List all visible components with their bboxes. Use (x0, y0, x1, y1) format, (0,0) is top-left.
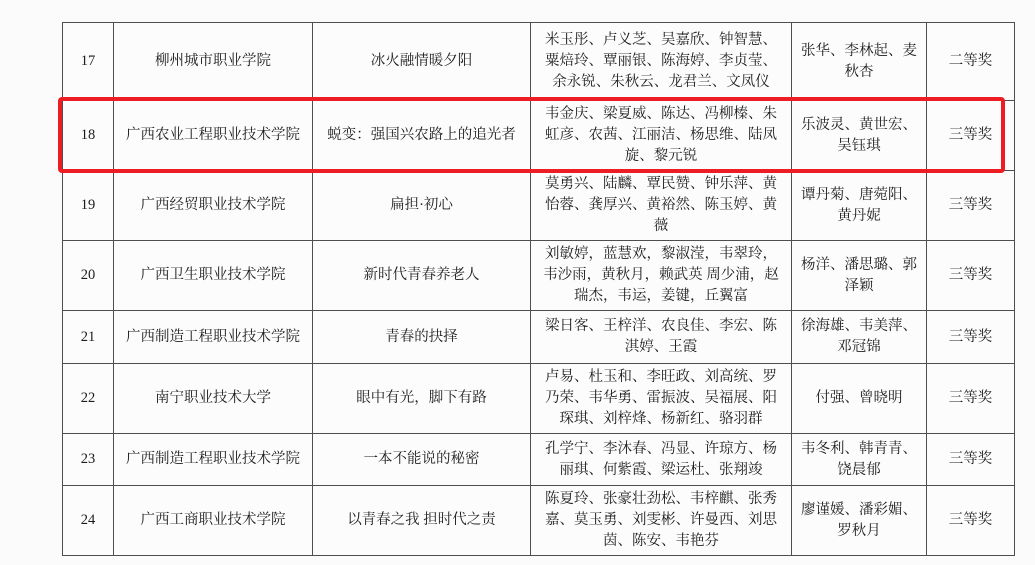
advisors-cell: 谭丹菊、唐菀阳、黄丹妮 (791, 171, 926, 240)
row-number-cell: 21 (63, 311, 113, 363)
award-cell: 三等奖 (926, 171, 1014, 240)
table-row: 20 广西卫生职业技术学院 新时代青春养老人 刘敏婷，蓝慧欢，黎淑滢，韦翠玲，韦… (63, 240, 1014, 310)
participants-cell: 韦金庆、梁夏威、陈达、冯柳榛、朱虹彦、农茜、江丽洁、杨思维、陆凤旋、黎元锐 (530, 101, 791, 170)
participants-cell: 莫勇兴、陆麟、覃民赞、钟乐萍、黄怡蓉、龚厚兴、黄裕然、陈玉婷、黄薇 (530, 171, 791, 240)
row-number-cell: 23 (63, 434, 113, 485)
school-cell: 柳州城市职业学院 (113, 23, 312, 100)
school-cell: 广西经贸职业技术学院 (113, 171, 312, 240)
advisors-cell: 韦冬利、韩青青、饶晨郁 (791, 434, 926, 485)
table-row: 23 广西制造工程职业技术学院 一本不能说的秘密 孔学宁、李沐春、冯显、许琼方、… (63, 433, 1014, 485)
award-cell: 三等奖 (926, 486, 1014, 555)
table-row: 24 广西工商职业技术学院 以青春之我 担时代之责 陈夏玲、张豪壮劲松、韦梓麒、… (63, 485, 1014, 555)
work-title-cell: 一本不能说的秘密 (312, 434, 530, 485)
advisors-cell: 付强、曾晓明 (791, 364, 926, 433)
work-title-cell: 冰火融情暖夕阳 (312, 23, 530, 100)
school-cell: 南宁职业技术大学 (113, 364, 312, 433)
row-number-cell: 19 (63, 171, 113, 240)
award-cell: 二等奖 (926, 23, 1014, 100)
work-title-cell: 青春的抉择 (312, 311, 530, 363)
work-title-cell: 以青春之我 担时代之责 (312, 486, 530, 555)
row-number-cell: 20 (63, 241, 113, 310)
school-cell: 广西工商职业技术学院 (113, 486, 312, 555)
participants-cell: 卢易、杜玉和、李旺政、刘高统、罗乃荣、韦华勇、雷振波、吴福展、阳琛琪、刘梓烽、杨… (530, 364, 791, 433)
table-row: 17 柳州城市职业学院 冰火融情暖夕阳 米玉彤、卢义芝、吴嘉欣、钟智慧、粟焙玲、… (63, 23, 1014, 100)
participants-cell: 刘敏婷，蓝慧欢，黎淑滢，韦翠玲，韦沙雨，黄秋月，赖武英 周少浦，赵瑞杰，韦运，姜… (530, 241, 791, 310)
school-cell: 广西制造工程职业技术学院 (113, 311, 312, 363)
award-table: 17 柳州城市职业学院 冰火融情暖夕阳 米玉彤、卢义芝、吴嘉欣、钟智慧、粟焙玲、… (62, 22, 1015, 556)
advisors-cell: 张华、李林起、麦秋杏 (791, 23, 926, 100)
work-title-cell: 眼中有光，脚下有路 (312, 364, 530, 433)
advisors-cell: 乐波灵、黄世宏、吴钰琪 (791, 101, 926, 170)
school-cell: 广西卫生职业技术学院 (113, 241, 312, 310)
advisors-cell: 廖谨媛、潘彩媚、罗秋月 (791, 486, 926, 555)
participants-cell: 梁日客、王梓洋、农良佳、李宏、陈淇婷、王霞 (530, 311, 791, 363)
school-cell: 广西制造工程职业技术学院 (113, 434, 312, 485)
table-row: 19 广西经贸职业技术学院 扁担·初心 莫勇兴、陆麟、覃民赞、钟乐萍、黄怡蓉、龚… (63, 170, 1014, 240)
table-row: 21 广西制造工程职业技术学院 青春的抉择 梁日客、王梓洋、农良佳、李宏、陈淇婷… (63, 310, 1014, 363)
row-number-cell: 17 (63, 23, 113, 100)
advisors-cell: 杨洋、潘思璐、郭泽颖 (791, 241, 926, 310)
award-cell: 三等奖 (926, 434, 1014, 485)
award-cell: 三等奖 (926, 311, 1014, 363)
work-title-cell: 扁担·初心 (312, 171, 530, 240)
row-number-cell: 22 (63, 364, 113, 433)
award-cell: 三等奖 (926, 241, 1014, 310)
award-cell: 三等奖 (926, 101, 1014, 170)
school-cell: 广西农业工程职业技术学院 (113, 101, 312, 170)
participants-cell: 米玉彤、卢义芝、吴嘉欣、钟智慧、粟焙玲、覃丽银、陈海婷、李贞莹、余永锐、朱秋云、… (530, 23, 791, 100)
award-table-body: 17 柳州城市职业学院 冰火融情暖夕阳 米玉彤、卢义芝、吴嘉欣、钟智慧、粟焙玲、… (63, 23, 1014, 555)
participants-cell: 陈夏玲、张豪壮劲松、韦梓麒、张秀嘉、莫玉勇、刘雯彬、许曼西、刘思茵、陈安、韦艳芬 (530, 486, 791, 555)
table-row: 22 南宁职业技术大学 眼中有光，脚下有路 卢易、杜玉和、李旺政、刘高统、罗乃荣… (63, 363, 1014, 433)
row-number-cell: 24 (63, 486, 113, 555)
table-row: 18 广西农业工程职业技术学院 蜕变：强国兴农路上的追光者 韦金庆、梁夏威、陈达… (63, 100, 1014, 170)
row-number-cell: 18 (63, 101, 113, 170)
work-title-cell: 蜕变：强国兴农路上的追光者 (312, 101, 530, 170)
work-title-cell: 新时代青春养老人 (312, 241, 530, 310)
participants-cell: 孔学宁、李沐春、冯显、许琼方、杨丽琪、何紫霞、梁运杜、张翔竣 (530, 434, 791, 485)
advisors-cell: 徐海雄、韦美萍、邓冠锦 (791, 311, 926, 363)
award-cell: 三等奖 (926, 364, 1014, 433)
